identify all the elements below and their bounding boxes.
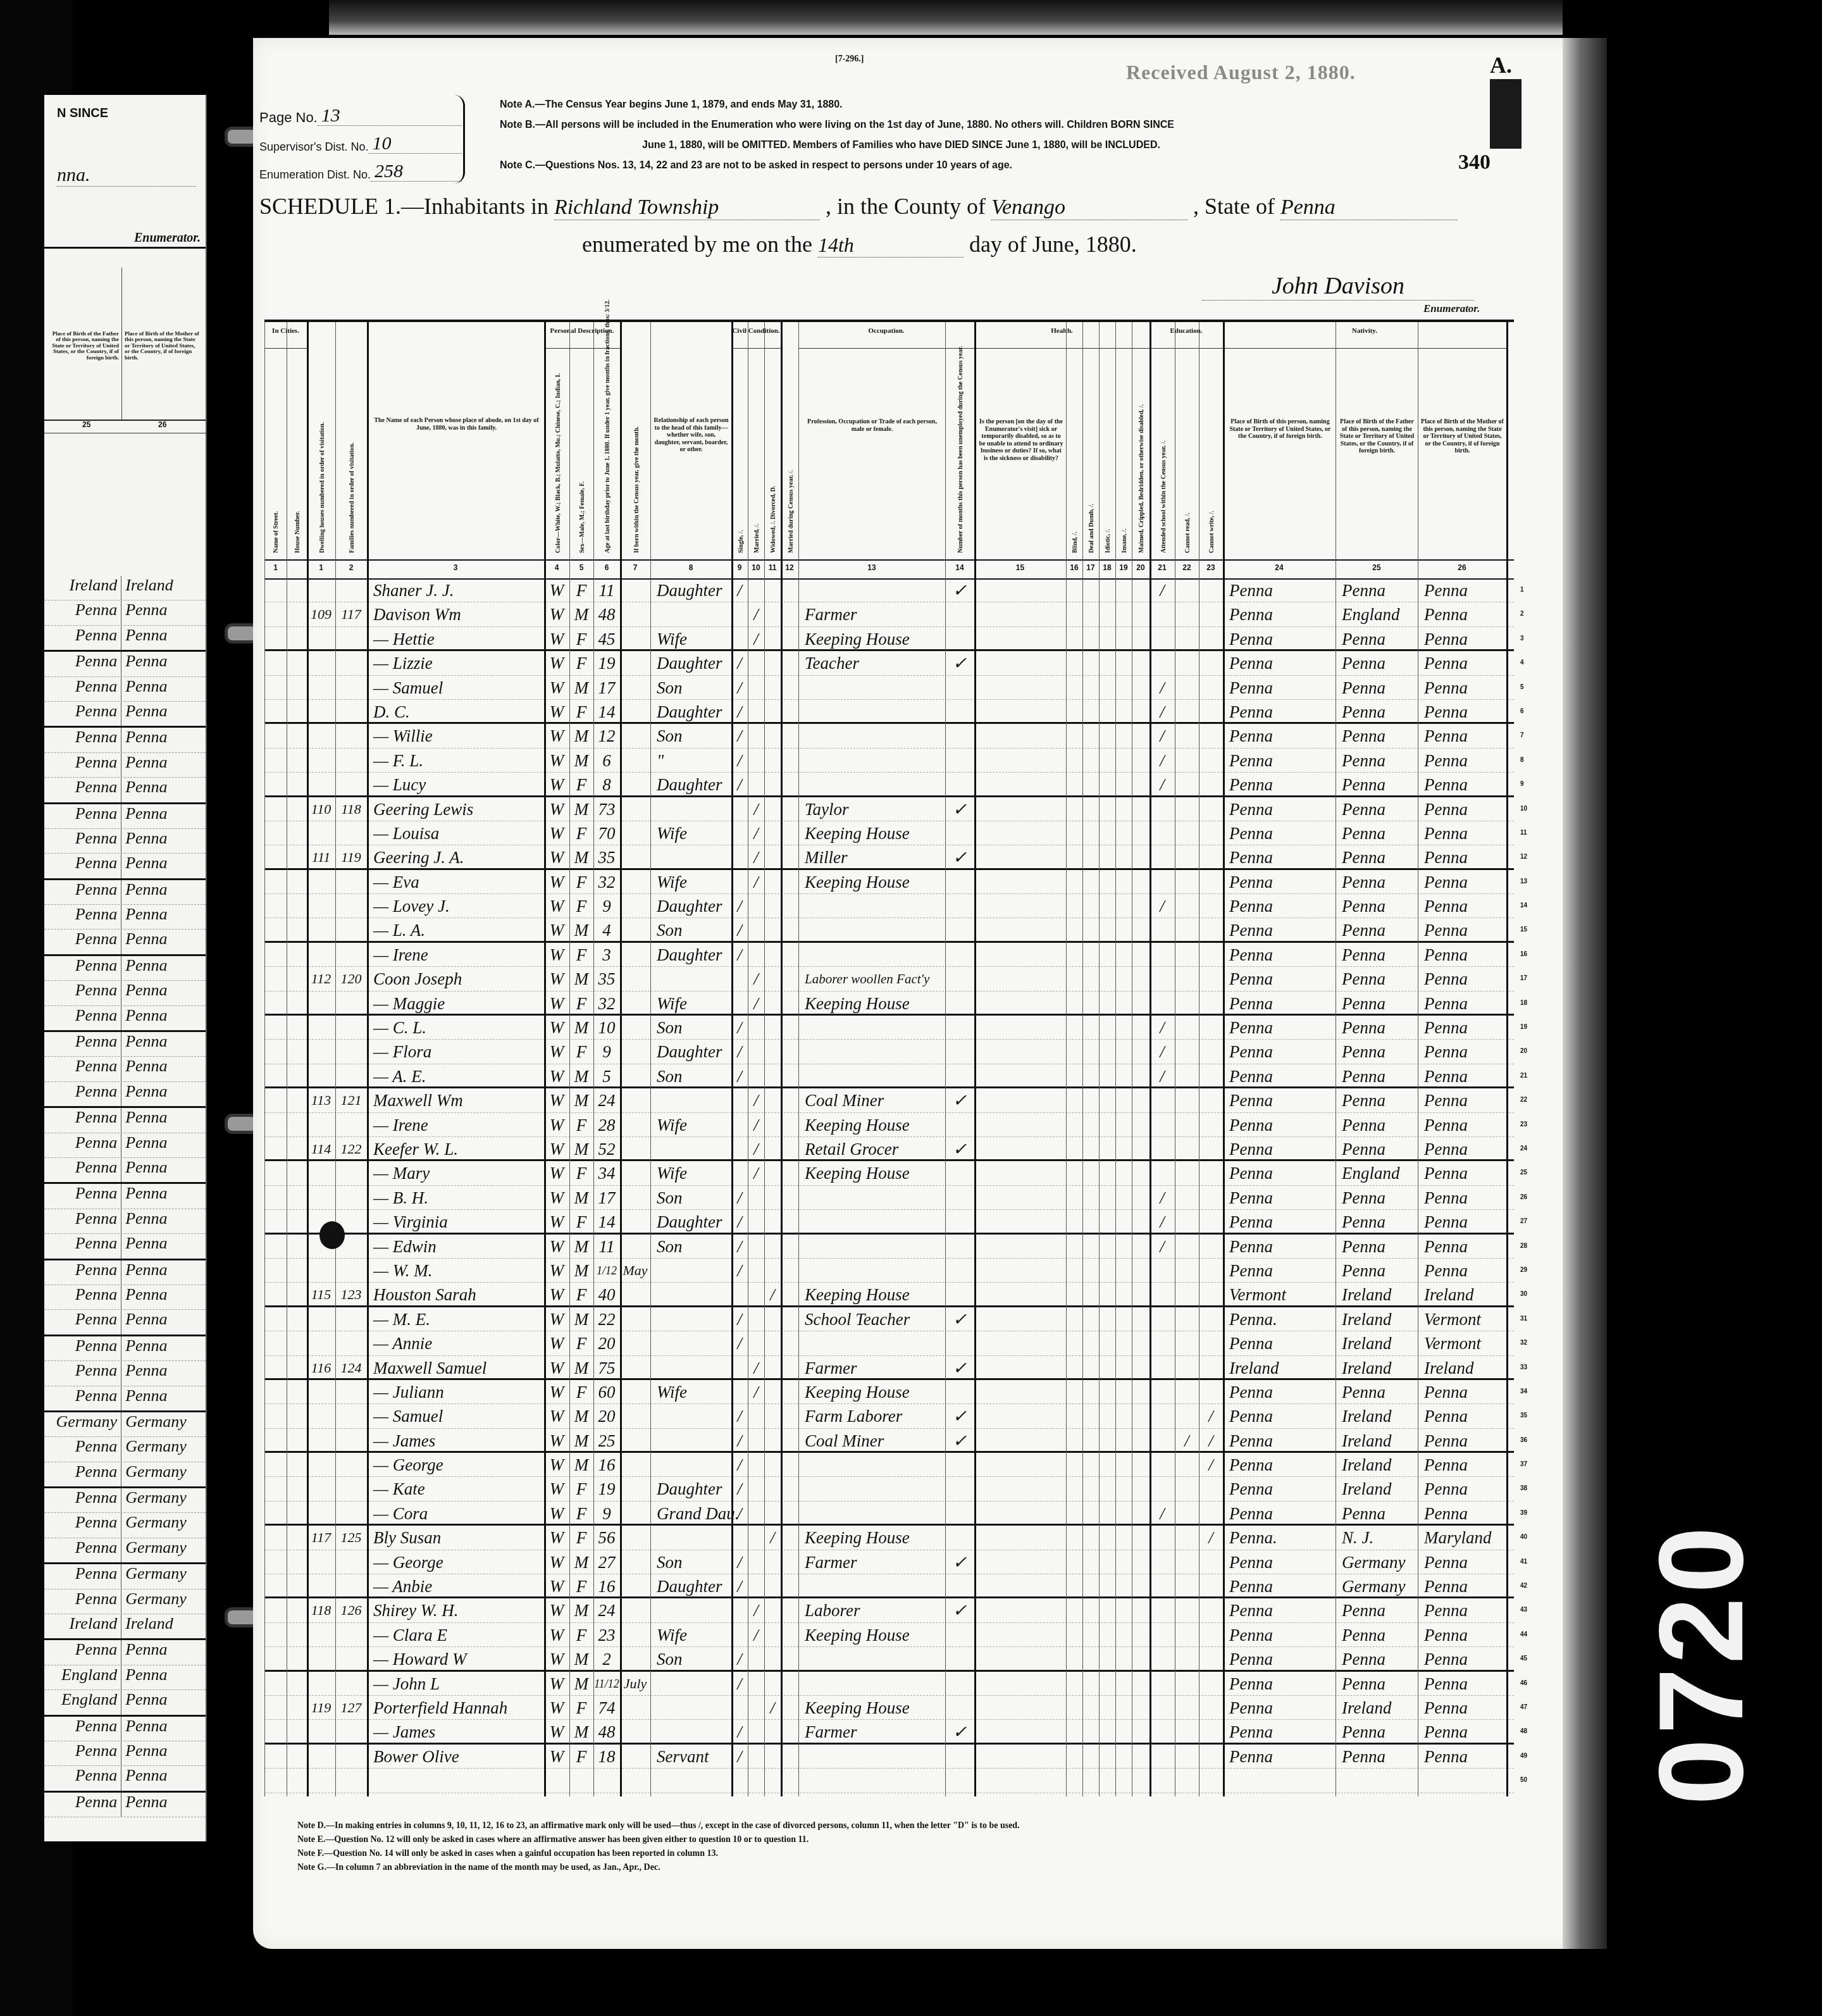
cell-cwrite: [1199, 894, 1223, 918]
cell-age: 75: [593, 1356, 620, 1378]
cell-fam: [335, 1016, 367, 1039]
cell-sex: F: [569, 1040, 593, 1063]
line-number: 47: [1520, 1696, 1527, 1720]
column-rule: [748, 322, 748, 1796]
cell-age: 60: [593, 1380, 620, 1403]
cell-mother: Penna: [1418, 1696, 1513, 1719]
cell-single: /: [731, 1672, 748, 1695]
cell-occ: Keeping House: [798, 1161, 951, 1185]
column-header-19: Deaf and Dumb, /.: [1082, 349, 1099, 559]
brace-divider: [454, 95, 465, 184]
group-header-civil: Civil Condition.: [731, 322, 781, 349]
cell-month: May: [620, 1259, 650, 1282]
cell-married: [748, 578, 764, 602]
cell-age: 19: [593, 1477, 620, 1500]
cell-month: [620, 1769, 650, 1792]
prev-page-row: EnglandPenna: [44, 1690, 206, 1716]
cell-color: W: [544, 845, 569, 868]
cell-name: — L. A.: [367, 918, 550, 940]
prev-cell-c25: Penna: [44, 1006, 121, 1030]
cell-sex: F: [569, 578, 593, 602]
cell-cread: [1175, 676, 1199, 699]
cell-color: W: [544, 1088, 569, 1112]
cell-rel: Daughter: [650, 1210, 738, 1232]
cell-occ: Retail Grocer: [798, 1137, 951, 1159]
cell-dw: [307, 1647, 335, 1669]
cell-name: — W. M.: [367, 1259, 550, 1282]
table-row: — VirginiaWF14Daughter//PennaPennaPenna2…: [264, 1210, 1514, 1234]
cell-cread: [1175, 821, 1199, 845]
cell-month: [620, 797, 650, 821]
line-number: 8: [1520, 749, 1524, 773]
cell-fam: [335, 1429, 367, 1451]
table-row: — GeorgeWM16//PennaIrelandPenna37: [264, 1453, 1514, 1477]
prev-cell-c25: Penna: [44, 1437, 121, 1461]
cell-married: /: [748, 1161, 764, 1185]
prev-page-row: PennaPenna: [44, 1184, 206, 1209]
enum-suffix: day of June, 1880.: [969, 232, 1137, 257]
cell-age: 11: [593, 578, 620, 602]
page-meta: Page No. 13 Supervisor's Dist. No. 10 En…: [259, 98, 462, 182]
cell-birth: Penna: [1223, 1331, 1342, 1355]
cell-age: 11/12: [593, 1672, 620, 1695]
prev-cell-c25: Penna: [44, 1310, 121, 1334]
prev-page-header: Place of Birth of the Father of this per…: [44, 247, 206, 421]
cell-married: [748, 1477, 764, 1500]
cell-school: [1150, 967, 1175, 990]
line-number: 23: [1520, 1113, 1527, 1137]
cell-name: — Anbie: [367, 1574, 550, 1596]
cell-mother: Penna: [1418, 1040, 1513, 1063]
cell-md: [781, 821, 798, 845]
cell-fam: [335, 1113, 367, 1136]
cell-rel: Wife: [650, 870, 738, 893]
cell-mother: Penna: [1418, 1186, 1513, 1209]
cell-sex: M: [569, 602, 593, 626]
cell-rel: [650, 602, 738, 626]
cell-widowed: [764, 1113, 781, 1136]
cell-father: Penna: [1336, 1016, 1424, 1039]
cell-name: — Samuel: [367, 676, 550, 699]
cell-color: W: [544, 1453, 569, 1476]
cell-color: W: [544, 749, 569, 772]
cell-color: W: [544, 1259, 569, 1282]
column-header-5: The Name of each Person whose place of a…: [367, 322, 544, 559]
cell-sex: F: [569, 992, 593, 1014]
cell-father: Ireland: [1336, 1356, 1424, 1378]
schedule-prefix: SCHEDULE 1.—Inhabitants in: [259, 194, 548, 219]
column-rule: [1066, 322, 1067, 1796]
page-no-value: 13: [318, 106, 462, 126]
note-g: Note G.—In column 7 an abbreviation in t…: [297, 1861, 1020, 1875]
cell-cwrite: [1199, 1550, 1223, 1574]
cell-month: [620, 1720, 650, 1742]
prev-cell-c26: Penna: [121, 778, 206, 802]
cell-father: Penna: [1336, 1598, 1424, 1622]
cell-married: /: [748, 1113, 764, 1136]
cell-married: [748, 894, 764, 918]
cell-unemp: ✓: [945, 797, 974, 821]
cell-married: [748, 1672, 764, 1695]
cell-cread: [1175, 1720, 1199, 1742]
column-header-text: Cannot read, /.: [1184, 513, 1191, 553]
cell-fam: [335, 1064, 367, 1086]
cell-school: [1150, 1404, 1175, 1428]
cell-occ: [798, 894, 951, 918]
prev-cell-c25: England: [44, 1665, 121, 1689]
cell-single: /: [731, 749, 748, 772]
cell-month: [620, 1331, 650, 1355]
cell-father: Ireland: [1336, 1331, 1424, 1355]
cell-unemp: [945, 870, 974, 893]
cell-mother: Vermont: [1418, 1307, 1513, 1331]
cell-unemp: [945, 724, 974, 747]
prev-page-row: PennaGermany: [44, 1538, 206, 1564]
cell-unemp: [945, 1453, 974, 1476]
cell-occ: Teacher: [798, 651, 951, 675]
line-number: 26: [1520, 1186, 1527, 1210]
prev-cell-c26: Penna: [121, 1336, 206, 1360]
cell-sex: F: [569, 1331, 593, 1355]
cell-mother: Penna: [1418, 1598, 1513, 1622]
cell-fam: [335, 651, 367, 675]
cell-birth: Penna: [1223, 967, 1342, 990]
column-header-text: Families numbered in order of visitation…: [348, 442, 355, 553]
column-header-28: Place of Birth of the Mother of this per…: [1418, 349, 1506, 559]
cell-occ: Keeping House: [798, 1380, 951, 1403]
column-number: 1: [307, 563, 335, 572]
cell-father: N. J.: [1336, 1526, 1424, 1549]
table-row: — John LWM11/12July/PennaPennaPenna46: [264, 1672, 1514, 1696]
cell-mother: Penna: [1418, 1745, 1513, 1768]
cell-birth: Penna: [1223, 1647, 1342, 1669]
cell-name: Bly Susan: [367, 1526, 550, 1549]
cell-sex: M: [569, 797, 593, 821]
form-number: [7-296.]: [835, 54, 864, 65]
cell-sex: M: [569, 1016, 593, 1039]
prev-cell-c26: Penna: [121, 930, 206, 954]
cell-unemp: [945, 1210, 974, 1232]
cell-father: Penna: [1336, 1064, 1424, 1086]
cell-sex: M: [569, 1088, 593, 1112]
column-number: 21: [1150, 563, 1175, 572]
cell-unemp: [945, 894, 974, 918]
prev-page-row: PennaPenna: [44, 677, 206, 702]
cell-month: [620, 845, 650, 868]
cell-married: /: [748, 870, 764, 893]
cell-father: Penna: [1336, 724, 1424, 747]
prev-page-row: PennaGermany: [44, 1488, 206, 1513]
cell-school: /: [1150, 773, 1175, 795]
cell-name: — James: [367, 1429, 550, 1451]
column-rule: [307, 322, 309, 1796]
cell-rel: [650, 1259, 738, 1282]
cell-father: Penna: [1336, 1502, 1424, 1524]
cell-single: [731, 870, 748, 893]
cell-name: — Lucy: [367, 773, 550, 795]
cell-md: [781, 1064, 798, 1086]
prev-cell-c25: Penna: [44, 1234, 121, 1258]
cell-unemp: [945, 1235, 974, 1258]
prev-cell-c25: Penna: [44, 956, 121, 980]
cell-sex: M: [569, 1307, 593, 1331]
table-row: 116124Maxwell SamuelWM75/Farmer✓IrelandI…: [264, 1356, 1514, 1380]
cell-color: W: [544, 1720, 569, 1742]
cell-age: 20: [593, 1404, 620, 1428]
cell-school: [1150, 1720, 1175, 1742]
column-rule: [650, 322, 651, 1796]
cell-age: 27: [593, 1550, 620, 1574]
cell-cwrite: [1199, 773, 1223, 795]
cell-sex: F: [569, 1283, 593, 1305]
cell-sex: F: [569, 1623, 593, 1646]
cell-dw: [307, 1477, 335, 1500]
cell-widowed: [764, 1623, 781, 1646]
cell-widowed: [764, 700, 781, 722]
cell-md: [781, 1113, 798, 1136]
cell-name: — Willie: [367, 724, 550, 747]
line-number: 9: [1520, 773, 1524, 797]
cell-rel: Daughter: [650, 700, 738, 722]
cell-cwrite: [1199, 918, 1223, 940]
cell-married: [748, 749, 764, 772]
cell-color: W: [544, 676, 569, 699]
cell-married: /: [748, 967, 764, 990]
cell-occ: [798, 724, 951, 747]
cell-birth: Penna: [1223, 724, 1342, 747]
cell-single: /: [731, 1040, 748, 1063]
cell-month: [620, 1647, 650, 1669]
cell-dw: [307, 870, 335, 893]
column-header-text: Profession, Occupation or Trade of each …: [802, 418, 943, 433]
cell-widowed: [764, 967, 781, 990]
cell-birth: Penna: [1223, 870, 1342, 893]
cell-rel: Daughter: [650, 1477, 738, 1500]
cell-cwrite: /: [1199, 1429, 1223, 1451]
cell-name: Keefer W. L.: [367, 1137, 550, 1159]
column-number: 13: [798, 563, 945, 572]
cell-month: [620, 821, 650, 845]
cell-md: [781, 1672, 798, 1695]
cell-color: W: [544, 943, 569, 966]
cell-birth: Penna: [1223, 1574, 1342, 1596]
line-number: 35: [1520, 1404, 1527, 1428]
cell-father: Penna: [1336, 1720, 1424, 1742]
column-rule: [620, 322, 622, 1796]
cell-rel: [650, 1672, 738, 1695]
cell-unemp: ✓: [945, 1598, 974, 1622]
cell-rel: Son: [650, 1064, 738, 1086]
table-row: — C. L.WM10Son//PennaPennaPenna19: [264, 1016, 1514, 1040]
cell-month: [620, 1088, 650, 1112]
cell-mother: Penna: [1418, 676, 1513, 699]
column-header-text: Cannot write, /.: [1208, 511, 1215, 553]
cell-father: Penna: [1336, 651, 1424, 675]
cell-widowed: [764, 1672, 781, 1695]
cell-color: W: [544, 1574, 569, 1596]
cell-age: 48: [593, 602, 620, 626]
cell-birth: Penna: [1223, 1040, 1342, 1063]
cell-fam: 126: [335, 1598, 367, 1622]
cell-dw: [307, 1745, 335, 1768]
prev-cell-c26: Penna: [121, 1741, 206, 1765]
cell-cwrite: [1199, 578, 1223, 602]
column-header-13: Widowed, /. Divorced, D.: [764, 349, 781, 559]
cell-name: Houston Sarah: [367, 1283, 550, 1305]
column-header-text: Blind, /.: [1071, 532, 1078, 553]
cell-cread: [1175, 1113, 1199, 1136]
cell-birth: Penna: [1223, 602, 1342, 626]
cell-occ: [798, 1769, 951, 1792]
cell-md: [781, 602, 798, 626]
cell-color: W: [544, 967, 569, 990]
cell-single: /: [731, 1429, 748, 1451]
column-number: 7: [620, 563, 650, 572]
cell-dw: 115: [307, 1283, 335, 1305]
cell-sex: F: [569, 1574, 593, 1596]
prev-cell-c25: Penna: [44, 854, 121, 878]
column-number: 18: [1099, 563, 1115, 572]
cell-married: /: [748, 1598, 764, 1622]
line-number: 32: [1520, 1331, 1527, 1355]
cell-color: W: [544, 1429, 569, 1451]
prev-cell-c26: Penna: [121, 1032, 206, 1056]
cell-school: /: [1150, 700, 1175, 722]
cell-single: /: [731, 1307, 748, 1331]
column-rule: [1223, 322, 1225, 1796]
supervisor-label: Supervisor's Dist. No.: [259, 140, 369, 154]
cell-cwrite: [1199, 1307, 1223, 1331]
column-header-text: Age at last birthday prior to June 1, 18…: [604, 299, 610, 553]
cell-school: [1150, 1769, 1175, 1792]
cell-fam: [335, 1040, 367, 1063]
cell-month: [620, 676, 650, 699]
cell-dw: [307, 1453, 335, 1476]
table-row: — LizzieWF19Daughter/Teacher✓PennaPennaP…: [264, 651, 1514, 675]
cell-month: [620, 1574, 650, 1596]
cell-unemp: ✓: [945, 651, 974, 675]
cell-cread: [1175, 1016, 1199, 1039]
prev-page-row: PennaPenna: [44, 1717, 206, 1741]
cell-cread: [1175, 773, 1199, 795]
table-row: — F. L.WM6"//PennaPennaPenna8: [264, 749, 1514, 773]
cell-color: W: [544, 1380, 569, 1403]
cell-school: [1150, 1745, 1175, 1768]
cell-birth: Penna: [1223, 578, 1342, 602]
table-row: — LouisaWF70Wife/Keeping HousePennaPenna…: [264, 821, 1514, 845]
cell-dw: 114: [307, 1137, 335, 1159]
cell-age: 74: [593, 1696, 620, 1719]
cell-mother: Penna: [1418, 602, 1513, 626]
prev-cell-c25: Penna: [44, 677, 121, 701]
cell-mother: Penna: [1418, 1623, 1513, 1646]
cell-occ: Farm Laborer: [798, 1404, 951, 1428]
cell-cread: [1175, 578, 1199, 602]
cell-mother: Penna: [1418, 1477, 1513, 1500]
cell-age: 35: [593, 845, 620, 868]
table-row: 114122Keefer W. L.WM52/Retail Grocer✓Pen…: [264, 1137, 1514, 1161]
cell-rel: Daughter: [650, 1574, 738, 1596]
cell-name: — Edwin: [367, 1235, 550, 1258]
cell-cwrite: [1199, 1331, 1223, 1355]
cell-cwrite: [1199, 651, 1223, 675]
cell-married: /: [748, 845, 764, 868]
column-number: 8: [650, 563, 731, 572]
cell-rel: Son: [650, 1016, 738, 1039]
cell-birth: Penna: [1223, 992, 1342, 1014]
cell-mother: Penna: [1418, 700, 1513, 722]
cell-dw: [307, 700, 335, 722]
cell-md: [781, 724, 798, 747]
line-number: 1: [1520, 578, 1524, 602]
table-row: — EvaWF32Wife/Keeping HousePennaPennaPen…: [264, 870, 1514, 894]
prev-cell-c26: Penna: [121, 626, 206, 650]
group-header-in-cities: In Cities.: [264, 322, 307, 349]
cell-month: [620, 918, 650, 940]
cell-cread: [1175, 1598, 1199, 1622]
cell-cwrite: [1199, 1720, 1223, 1742]
column-header-text: Name of Street.: [273, 511, 280, 553]
column-rule: [1418, 322, 1418, 1796]
line-number: 43: [1520, 1598, 1527, 1622]
cell-birth: Penna.: [1223, 1307, 1342, 1331]
cell-month: [620, 967, 650, 990]
cell-cread: [1175, 870, 1199, 893]
cell-birth: Penna: [1223, 797, 1342, 821]
page-right-edge: [1563, 38, 1607, 1949]
column-header-text: Dwelling houses numbered in order of vis…: [319, 422, 326, 553]
column-header-text: Place of Birth of this person, naming St…: [1227, 418, 1333, 440]
cell-sex: F: [569, 894, 593, 918]
cell-cread: [1175, 1064, 1199, 1086]
cell-birth: Penna: [1223, 821, 1342, 845]
cell-month: [620, 1745, 650, 1768]
cell-unemp: [945, 700, 974, 722]
cell-sex: F: [569, 1502, 593, 1524]
table-row: — JamesWM48/Farmer✓PennaPennaPenna48: [264, 1720, 1514, 1744]
enumerator-label: Enumerator.: [1423, 302, 1480, 315]
cell-sex: M: [569, 1259, 593, 1282]
table-row: 117125Bly SusanWF56/Keeping House/Penna.…: [264, 1526, 1514, 1550]
cell-name: — Mary: [367, 1161, 550, 1185]
prev-cell-c26: Ireland: [121, 576, 206, 600]
cell-sex: M: [569, 749, 593, 772]
cell-birth: Penna: [1223, 1137, 1342, 1159]
cell-dw: [307, 1064, 335, 1086]
cell-dw: [307, 1502, 335, 1524]
column-rule: [945, 322, 946, 1796]
cell-married: [748, 1259, 764, 1282]
cell-name: — Juliann: [367, 1380, 550, 1403]
cell-widowed: [764, 1404, 781, 1428]
cell-widowed: [764, 1016, 781, 1039]
cell-occ: [798, 1672, 951, 1695]
cell-school: /: [1150, 1186, 1175, 1209]
cell-sex: M: [569, 1598, 593, 1622]
line-number: 20: [1520, 1040, 1527, 1064]
table-row: — SamuelWM20/Farm Laborer✓/PennaIrelandP…: [264, 1404, 1514, 1428]
cell-widowed: [764, 1720, 781, 1742]
cell-birth: Penna: [1223, 1745, 1342, 1768]
table-row: 110118Geering LewisWM73/Taylor✓PennaPenn…: [264, 797, 1514, 821]
cell-name: — Lizzie: [367, 651, 550, 675]
cell-month: [620, 1477, 650, 1500]
cell-dw: [307, 894, 335, 918]
cell-widowed: [764, 1477, 781, 1500]
cell-married: [748, 1550, 764, 1574]
prev-page-row: PennaPenna: [44, 1310, 206, 1336]
table-row: — KateWF19Daughter/PennaIrelandPenna38: [264, 1477, 1514, 1501]
